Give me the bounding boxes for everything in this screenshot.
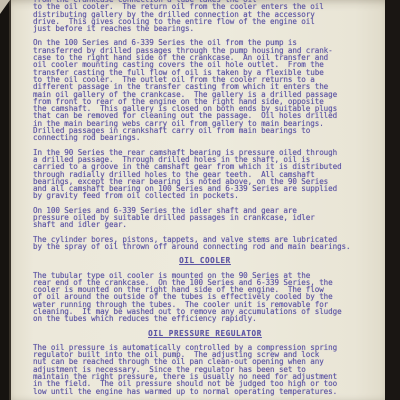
paragraph-oil-cooler-description: The tubular type oil cooler is mounted o… (33, 272, 377, 323)
paragraph-100-series-oil-path: On the 100 Series and 6-339 Series the o… (33, 39, 377, 141)
paper-sheet: from the crankcase connection a tube tak… (9, 0, 385, 400)
heading-oil-cooler: OIL COOLER (33, 257, 377, 264)
page-text: from the crankcase connection a tube tak… (33, 0, 377, 400)
heading-oil-pressure-regulator: OIL PRESSURE REGULATOR (33, 330, 377, 337)
paragraph-oil-cooling-flow: from the crankcase connection a tube tak… (33, 0, 377, 32)
page-corner-wedge (0, 0, 10, 14)
paragraph-90-series-camshaft: In the 90 Series the rear camshaft beari… (33, 149, 377, 200)
scan-edge-left (0, 0, 9, 400)
scan-edge-right (385, 0, 400, 400)
paragraph-idler-shaft: On 100 Series and 6-339 Series the idler… (33, 207, 377, 229)
paragraph-pressure-regulator: The oil pressure is automatically contro… (33, 344, 377, 395)
scanned-page: from the crankcase connection a tube tak… (0, 0, 400, 400)
paragraph-cylinder-lubrication: The cylinder bores, pistons, tappets, an… (33, 236, 377, 251)
